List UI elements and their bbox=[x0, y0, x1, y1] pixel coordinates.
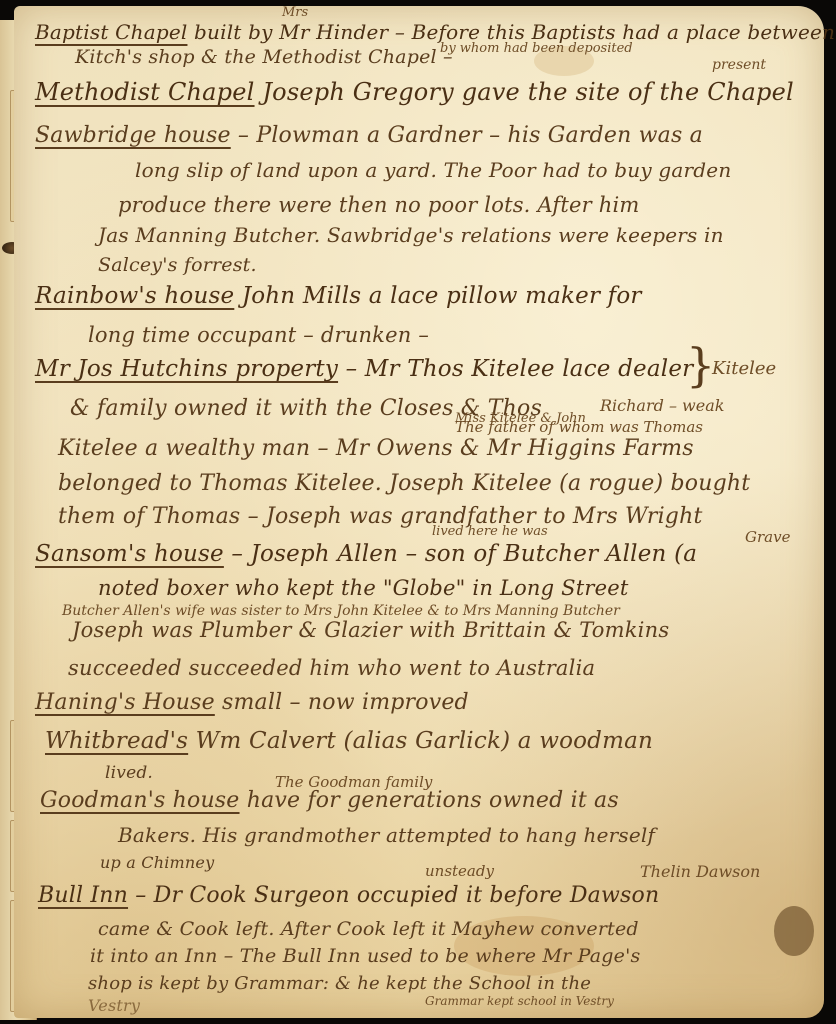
manuscript-line: Sawbridge house – Plowman a Gardner – hi… bbox=[35, 125, 703, 147]
ink-blot bbox=[774, 906, 814, 956]
entry-caption: Sawbridge house bbox=[35, 123, 231, 148]
manuscript-line: produce there were then no poor lots. Af… bbox=[118, 195, 640, 216]
brace-mark: } bbox=[686, 342, 715, 388]
scanned-manuscript: Baptist Chapel built by Mr Hinder – Befo… bbox=[0, 0, 836, 1024]
entry-caption: Methodist Chapel bbox=[35, 78, 255, 106]
interlinear-note: The father of whom was Thomas bbox=[455, 420, 703, 435]
manuscript-line: Methodist Chapel Joseph Gregory gave the… bbox=[35, 80, 794, 104]
interlinear-note: Kitelee bbox=[712, 360, 776, 378]
interlinear-note: present bbox=[712, 58, 766, 72]
interlinear-note: Richard – weak bbox=[600, 398, 724, 414]
manuscript-line: Kitch's shop & the Methodist Chapel – bbox=[75, 48, 453, 67]
line-text: have for generations owned it as bbox=[240, 788, 619, 813]
manuscript-line: Mr Jos Hutchins property – Mr Thos Kitel… bbox=[35, 358, 693, 381]
interlinear-note: Butcher Allen's wife was sister to Mrs J… bbox=[62, 604, 620, 618]
entry-caption: Rainbow's house bbox=[35, 283, 234, 309]
manuscript-line: shop is kept by Grammar: & he kept the S… bbox=[88, 975, 591, 993]
manuscript-line: succeeded succeeded him who went to Aust… bbox=[68, 658, 595, 679]
manuscript-line: Rainbow's house John Mills a lace pillow… bbox=[35, 285, 642, 308]
manuscript-line: up a Chimney bbox=[100, 855, 214, 871]
entry-caption: Baptist Chapel bbox=[35, 20, 187, 44]
interlinear-note: lived here he was bbox=[432, 525, 548, 538]
manuscript-line: Jas Manning Butcher. Sawbridge's relatio… bbox=[98, 225, 724, 245]
interlinear-note: Mrs bbox=[282, 6, 308, 19]
manuscript-line: it into an Inn – The Bull Inn used to be… bbox=[90, 947, 640, 966]
entry-caption: Goodman's house bbox=[40, 788, 240, 813]
manuscript-line: Vestry bbox=[88, 998, 140, 1014]
line-text: – Dr Cook Surgeon occupied it before Daw… bbox=[128, 883, 659, 908]
manuscript-line: long time occupant – drunken – bbox=[88, 325, 429, 346]
manuscript-line: Joseph was Plumber & Glazier with Britta… bbox=[72, 620, 669, 641]
interlinear-note: Grammar kept school in Vestry bbox=[425, 995, 614, 1007]
manuscript-line: Whitbread's Wm Calvert (alias Garlick) a… bbox=[45, 730, 653, 753]
entry-caption: Whitbread's bbox=[45, 728, 188, 754]
line-text: – Plowman a Gardner – his Garden was a bbox=[231, 123, 703, 148]
manuscript-line: Baptist Chapel built by Mr Hinder – Befo… bbox=[35, 22, 835, 42]
interlinear-note: by whom had been deposited bbox=[440, 42, 633, 55]
entry-caption: Mr Jos Hutchins property bbox=[35, 356, 338, 382]
manuscript-line: long slip of land upon a yard. The Poor … bbox=[135, 160, 731, 180]
manuscript-line: Sansom's house – Joseph Allen – son of B… bbox=[35, 543, 697, 566]
manuscript-line: Kitelee a wealthy man – Mr Owens & Mr Hi… bbox=[58, 438, 694, 460]
manuscript-line: them of Thomas – Joseph was grandfather … bbox=[58, 506, 703, 528]
line-text: small – now improved bbox=[215, 690, 469, 715]
line-text: Wm Calvert (alias Garlick) a woodman bbox=[188, 728, 653, 754]
line-text: John Mills a lace pillow maker for bbox=[234, 283, 641, 309]
entry-caption: Bull Inn bbox=[38, 883, 128, 908]
interlinear-note: Thelin Dawson bbox=[640, 864, 760, 880]
manuscript-line: noted boxer who kept the "Globe" in Long… bbox=[98, 578, 629, 599]
line-text: – Joseph Allen – son of Butcher Allen (a bbox=[224, 541, 697, 567]
line-text: – Mr Thos Kitelee lace dealer bbox=[338, 356, 693, 382]
entry-caption: Haning's House bbox=[35, 690, 215, 715]
manuscript-line: Salcey's forrest. bbox=[98, 256, 257, 275]
interlinear-note: Grave bbox=[745, 530, 790, 545]
manuscript-line: Haning's House small – now improved bbox=[35, 692, 469, 714]
manuscript-line: lived. bbox=[105, 765, 153, 782]
entry-caption: Sansom's house bbox=[35, 541, 224, 567]
interlinear-note: unsteady bbox=[425, 864, 494, 879]
line-text: Joseph Gregory gave the site of the Chap… bbox=[255, 78, 794, 106]
manuscript-line: Bull Inn – Dr Cook Surgeon occupied it b… bbox=[38, 885, 659, 907]
manuscript-line: belonged to Thomas Kitelee. Joseph Kitel… bbox=[58, 473, 750, 495]
manuscript-line: Bakers. His grandmother attempted to han… bbox=[118, 825, 655, 845]
manuscript-line: Goodman's house have for generations own… bbox=[40, 790, 619, 812]
manuscript-line: came & Cook left. After Cook left it May… bbox=[98, 920, 639, 939]
